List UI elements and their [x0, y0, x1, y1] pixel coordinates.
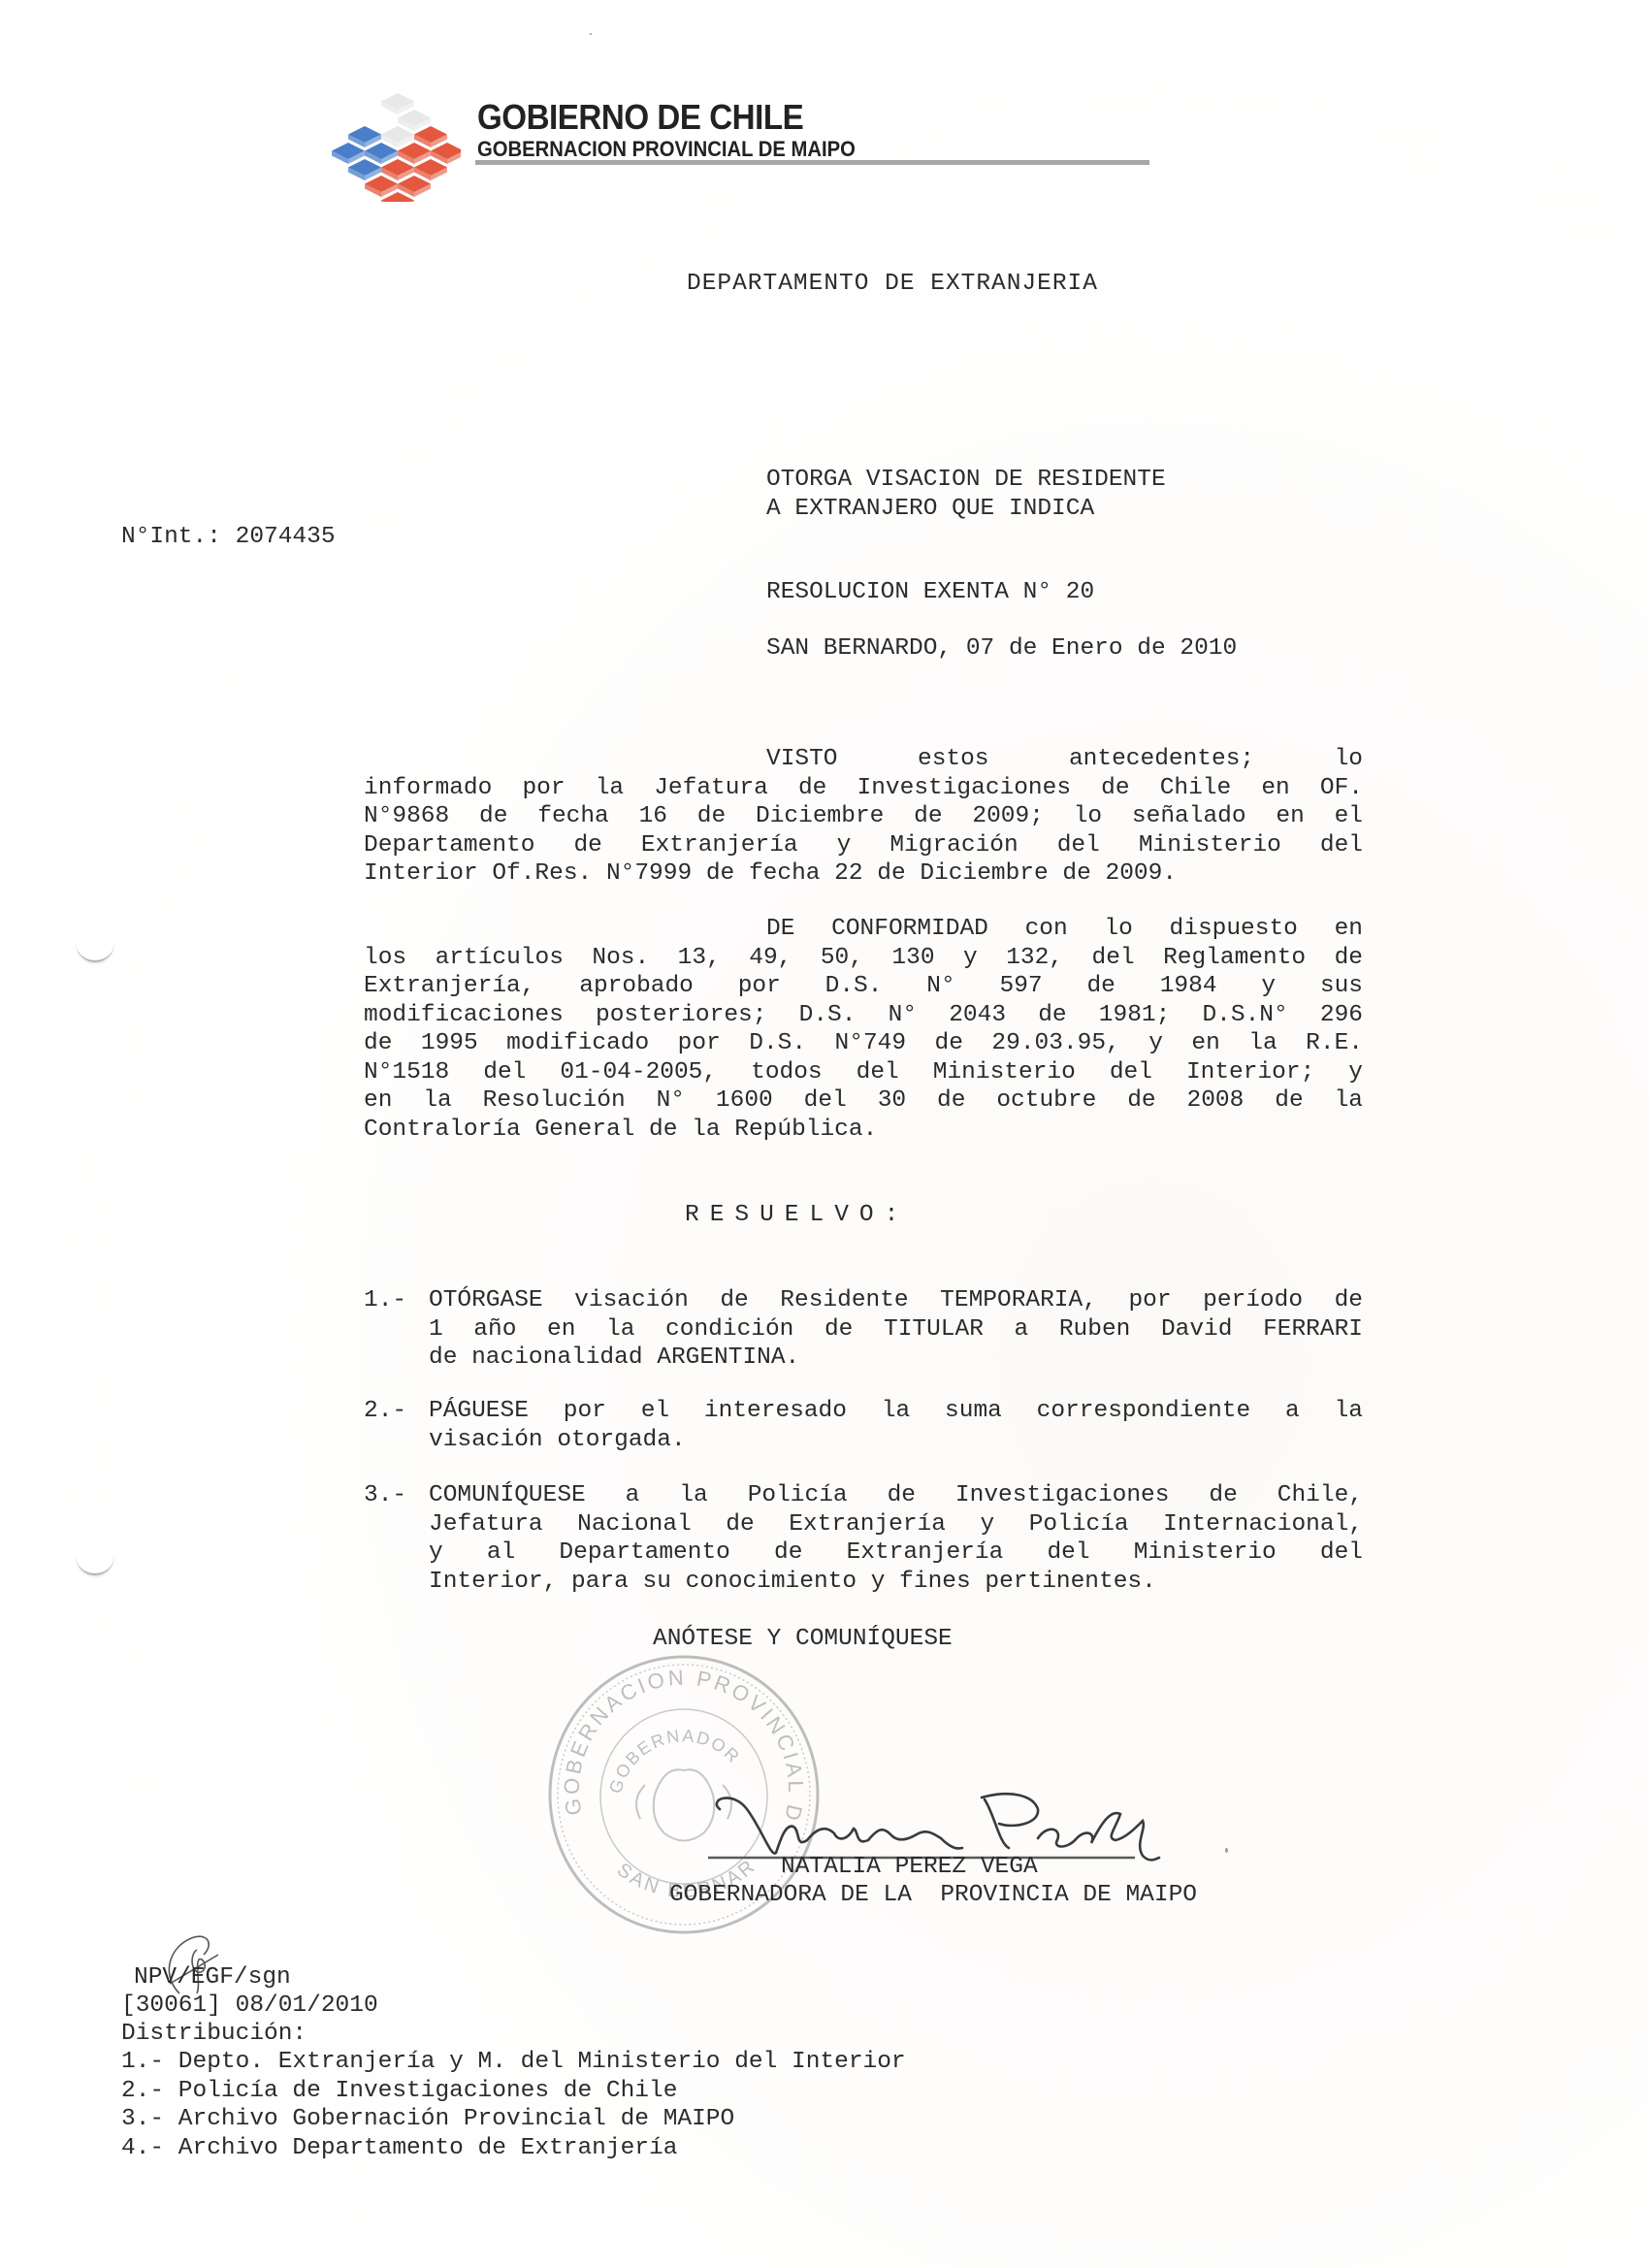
resolution-item: 3.- COMUNÍQUESE a la Policía de Investig…	[364, 1481, 1363, 1596]
resuelvo-heading: RESUELVO:	[685, 1201, 909, 1230]
paragraph-line: DE CONFORMIDAD con lo dispuesto en	[364, 915, 1363, 944]
paragraph-line: de 1995 modificado por D.S. N°749 de 29.…	[364, 1029, 1363, 1058]
chile-government-logo-icon	[325, 85, 461, 202]
distribution-item: 2.- Policía de Investigaciones de Chile	[121, 2077, 906, 2106]
visto-paragraph: VISTO estos antecedentes; lo informado p…	[364, 745, 1363, 889]
conformidad-paragraph: DE CONFORMIDAD con lo dispuesto en los a…	[364, 915, 1363, 1144]
item-line: de nacionalidad ARGENTINA.	[429, 1344, 1363, 1373]
reference-number: [30061] 08/01/2010	[121, 1992, 378, 2021]
paragraph-line: Contraloría General de la República.	[364, 1116, 1363, 1145]
document-subject: OTORGA VISACION DE RESIDENTE A EXTRANJER…	[766, 466, 1166, 523]
item-line: PÁGUESE por el interesado la suma corres…	[429, 1397, 1363, 1426]
paragraph-line: N°1518 del 01-04-2005, todos del Ministe…	[364, 1058, 1363, 1087]
signer-title: GOBERNADORA DE LA PROVINCIA DE MAIPO	[669, 1881, 1197, 1910]
paragraph-line: VISTO estos antecedentes; lo	[364, 745, 1363, 774]
scan-speck	[590, 33, 592, 35]
paragraph-line: Interior Of.Res. N°7999 de fecha 22 de D…	[364, 859, 1363, 889]
scan-speck	[1225, 1848, 1228, 1853]
item-line: visación otorgada.	[429, 1426, 1363, 1455]
header-rule	[475, 160, 1149, 165]
paragraph-line: informado por la Jefatura de Investigaci…	[364, 774, 1363, 803]
scanned-document-page: GOBIERNO DE CHILE GOBERNACION PROVINCIAL…	[0, 0, 1649, 2268]
paragraph-line: en la Resolución N° 1600 del 30 de octub…	[364, 1086, 1363, 1116]
item-number: 2.-	[364, 1397, 406, 1426]
subject-line: A EXTRANJERO QUE INDICA	[766, 495, 1166, 524]
distribution-list: 1.- Depto. Extranjería y M. del Minister…	[121, 2048, 906, 2162]
distribution-item: 4.- Archivo Departamento de Extranjería	[121, 2134, 906, 2163]
paragraph-line: Departamento de Extranjería y Migración …	[364, 831, 1363, 860]
paragraph-line: modificaciones posteriores; D.S. N° 2043…	[364, 1001, 1363, 1030]
item-number: 1.-	[364, 1286, 406, 1315]
paragraph-line: los artículos Nos. 13, 49, 50, 130 y 132…	[364, 944, 1363, 973]
subject-line: OTORGA VISACION DE RESIDENTE	[766, 466, 1166, 495]
item-line: y al Departamento de Extranjería del Min…	[429, 1539, 1363, 1568]
distribution-heading: Distribución:	[121, 2020, 307, 2049]
hole-punch-mark	[76, 939, 114, 962]
internal-number: N°Int.: 2074435	[121, 523, 336, 552]
department-heading: DEPARTAMENTO DE EXTRANJERIA	[687, 270, 1098, 299]
paragraph-line: N°9868 de fecha 16 de Diciembre de 2009;…	[364, 802, 1363, 831]
item-line: COMUNÍQUESE a la Policía de Investigacio…	[429, 1481, 1363, 1510]
item-line: Interior, para su conocimiento y fines p…	[429, 1568, 1363, 1597]
signer-name: NATALIA PEREZ VEGA	[781, 1853, 1038, 1882]
org-title: GOBIERNO DE CHILE	[477, 97, 803, 138]
distribution-item: 1.- Depto. Extranjería y M. del Minister…	[121, 2048, 906, 2077]
typist-initials: NPV/EGF/sgn	[134, 1963, 291, 1993]
item-line: 1 año en la condición de TITULAR a Ruben…	[429, 1315, 1363, 1345]
item-line: OTÓRGASE visación de Residente TEMPORARI…	[429, 1286, 1363, 1315]
org-subtitle: GOBERNACION PROVINCIAL DE MAIPO	[477, 137, 856, 162]
paragraph-line: Extranjería, aprobado por D.S. N° 597 de…	[364, 972, 1363, 1001]
distribution-item: 3.- Archivo Gobernación Provincial de MA…	[121, 2105, 906, 2134]
item-line: Jefatura Nacional de Extranjería y Polic…	[429, 1510, 1363, 1539]
resolution-number: RESOLUCION EXENTA N° 20	[766, 578, 1094, 607]
resolution-item: 1.- OTÓRGASE visación de Residente TEMPO…	[364, 1286, 1363, 1373]
hole-punch-mark	[76, 1552, 114, 1575]
place-date: SAN BERNARDO, 07 de Enero de 2010	[766, 634, 1237, 664]
resolution-item: 2.- PÁGUESE por el interesado la suma co…	[364, 1397, 1363, 1454]
item-number: 3.-	[364, 1481, 406, 1510]
